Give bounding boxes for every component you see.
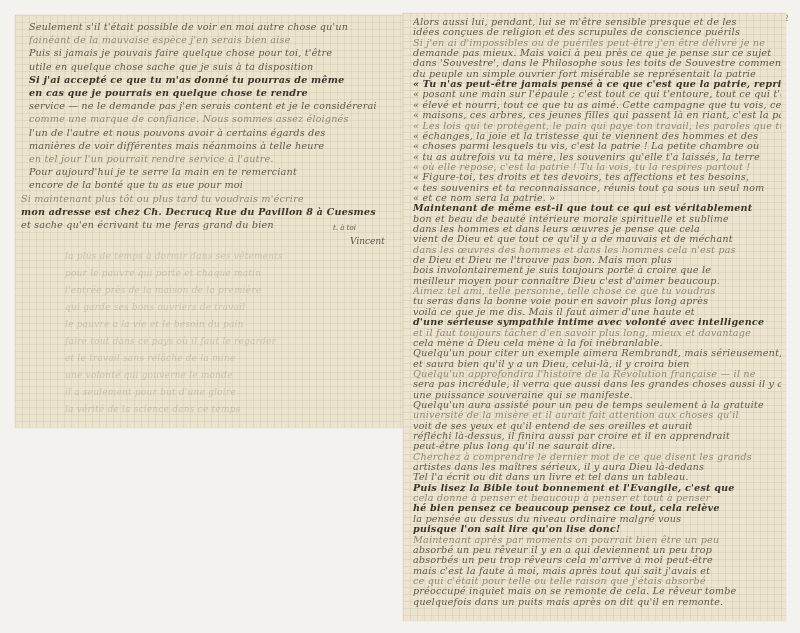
handwritten-line: une volonté qui gouverne le monde: [65, 370, 395, 383]
handwritten-line: Si j'ai accepté ce que tu m'as donné tu …: [29, 74, 399, 87]
handwritten-line: encore de la bonté que tu as eue pour mo…: [29, 179, 399, 192]
handwritten-line: la vérité de la science dans ce temps: [65, 404, 395, 417]
handwritten-line: utile en quelque chose sache que je suis…: [29, 61, 399, 74]
handwritten-line: Si maintenant plus tôt ou plus tard tu v…: [21, 193, 391, 206]
handwritten-line: pour le pauvre qui porte et chaque matin: [65, 268, 395, 281]
handwritten-line: l'entrée près de la maison de la premièr…: [65, 285, 395, 298]
handwritten-line: comme une marque de confiance. Nous somm…: [29, 113, 399, 126]
handwritten-line: faire tout dans ce pays où il faut le re…: [65, 336, 395, 349]
handwritten-line: Pour aujourd'hui je te serre la main en …: [29, 166, 399, 179]
handwritten-line: quelquefois dans un puits mais après on …: [413, 596, 781, 609]
handwritten-line: Puis si jamais je pouvais faire quelque …: [29, 47, 399, 60]
letter-page-left: Seulement s'il t'était possible de voir …: [15, 15, 405, 428]
handwritten-line: service — ne le demande pas j'en serais …: [29, 100, 399, 113]
handwritten-line: et le travail sans relâche de la mine: [65, 353, 395, 366]
letter-page-right: Alors aussi lui, pendant, lui se m'être …: [403, 13, 786, 621]
handwritten-line: le pauvre a la vie et le besoin du pain: [65, 319, 395, 332]
handwritten-line: l'un de l'autre et nous pouvons avoir à …: [29, 127, 399, 140]
handwritten-line: fainéant de la mauvaise espèce j'en sera…: [29, 34, 399, 47]
handwritten-line: la plus de temps à dormir dans ses vêtem…: [65, 251, 395, 264]
handwritten-line: il a seulement pour but d'une gloire: [65, 387, 395, 400]
signature: Vincent: [350, 237, 385, 247]
handwritten-line: mon adresse est chez Ch. Decrucq Rue du …: [21, 206, 391, 219]
handwritten-line: Seulement s'il t'était possible de voir …: [29, 21, 399, 34]
handwritten-line: manières de voir différentes mais néanmo…: [29, 140, 399, 153]
handwritten-line: en cas que je pourrais en quelque chose …: [29, 87, 399, 100]
closing-text: t. à toi: [333, 224, 356, 232]
handwritten-line: en tel jour l'un pourrait rendre service…: [29, 153, 399, 166]
handwritten-line: qui garde ses bons ouvriers de travail: [65, 302, 395, 315]
